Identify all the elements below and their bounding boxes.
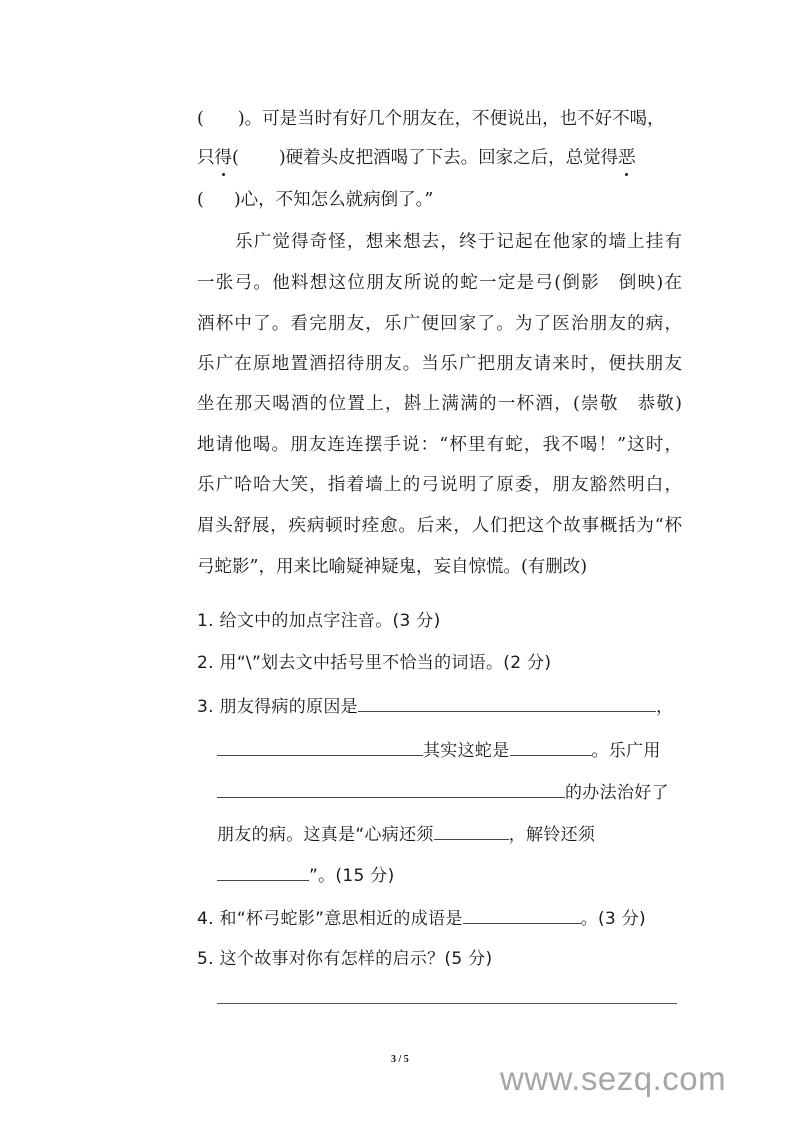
dotted-char: 得 xyxy=(215,145,233,171)
paren-open: ( xyxy=(232,148,239,168)
passage-line: 一张弓。他料想这位朋友所说的蛇一定是弓(倒影 倒映)在 xyxy=(197,270,682,296)
question-2: 2. 用“\”划去文中括号里不恰当的词语。(2 分) xyxy=(197,650,682,676)
question-text: 。(3 分) xyxy=(581,909,646,929)
question-3-line-4: 朋友的病。这真是“心病还须，解铃还须 xyxy=(217,821,702,847)
question-text: ， xyxy=(656,697,673,717)
question-1: 1. 给文中的加点字注音。(3 分) xyxy=(197,608,682,634)
question-text: ”。(15 分) xyxy=(309,866,395,886)
paren-open: ( xyxy=(197,190,204,210)
answer-blank[interactable] xyxy=(510,737,592,756)
passage-line: 乐广觉得奇怪，想来想去，终于记起在他家的墙上挂有 xyxy=(197,229,682,255)
paren-open: ( xyxy=(197,109,204,129)
page-number: 3 / 5 xyxy=(391,1054,409,1065)
question-text: 的办法治好了 xyxy=(565,783,669,803)
passage-line: 地请他喝。朋友连连摆手说：“杯里有蛇，我不喝！”这时， xyxy=(197,432,682,458)
question-3-line-5: ”。(15 分) xyxy=(217,862,702,888)
passage-line: ()。可是当时有好几个朋友在，不便说出，也不好不喝， xyxy=(197,106,682,132)
passage-text: )。可是当时有好几个朋友在，不便说出，也不好不喝， xyxy=(238,109,665,129)
question-3: 3. 朋友得病的原因是， xyxy=(197,693,682,719)
passage-text: )硬着头皮把酒喝了下去。回家之后，总觉得 xyxy=(279,148,618,168)
answer-blank[interactable] xyxy=(217,737,423,756)
answer-blank[interactable] xyxy=(217,779,565,798)
answer-blank[interactable] xyxy=(463,905,581,924)
passage-text: 只 xyxy=(197,148,215,168)
passage-line: 只得()硬着头皮把酒喝了下去。回家之后，总觉得恶 xyxy=(197,145,682,171)
passage-line: 乐广哈哈大笑，指着墙上的弓说明了原委，朋友豁然明白， xyxy=(197,472,682,498)
answer-blank[interactable] xyxy=(217,862,309,881)
question-text: 3. 朋友得病的原因是 xyxy=(197,697,358,717)
question-5: 5. 这个故事对你有怎样的启示？(5 分) xyxy=(197,946,682,972)
passage-line: 眉头舒展，疾病顿时痊愈。后来，人们把这个故事概括为“杯 xyxy=(197,513,682,539)
question-4: 4. 和“杯弓蛇影”意思相近的成语是。(3 分) xyxy=(197,905,682,931)
passage-line: ()心，不知怎么就病倒了。” xyxy=(197,187,682,213)
question-text: 4. 和“杯弓蛇影”意思相近的成语是 xyxy=(197,909,463,929)
watermark: www.sezq.com xyxy=(500,1060,726,1098)
question-text: 朋友的病。这真是“心病还须 xyxy=(217,825,434,845)
question-3-line-3: 的办法治好了 xyxy=(217,779,702,805)
passage-text: )心，不知怎么就病倒了。” xyxy=(234,190,434,210)
question-3-line-2: 其实这蛇是。乐广用 xyxy=(217,737,702,763)
passage-line: 弓蛇影”，用来比喻疑神疑鬼，妄自惊慌。(有删改) xyxy=(197,554,682,580)
answer-blank[interactable] xyxy=(434,821,509,840)
dotted-char: 恶 xyxy=(618,145,636,171)
passage-line: 酒杯中了。看完朋友，乐广便回家了。为了医治朋友的病， xyxy=(197,311,682,337)
question-text: ，解铃还须 xyxy=(509,825,596,845)
answer-line[interactable] xyxy=(217,1003,677,1004)
passage-line: 乐广在原地置酒招待朋友。当乐广把朋友请来时，便扶朋友 xyxy=(197,351,682,377)
passage-line: 坐在那天喝酒的位置上，斟上满满的一杯酒，(崇敬 恭敬) xyxy=(197,391,682,417)
question-text: 其实这蛇是 xyxy=(423,741,510,761)
answer-blank[interactable] xyxy=(358,693,656,712)
question-text: 。乐广用 xyxy=(592,741,661,761)
